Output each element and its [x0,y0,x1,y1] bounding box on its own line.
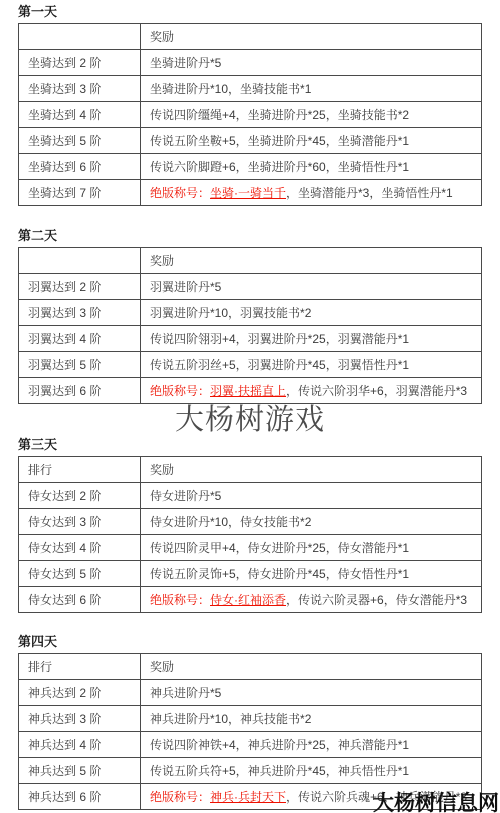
rank-cell: 坐骑达到 5 阶 [19,128,141,154]
reward-cell: 传说四阶翎羽+4，羽翼进阶丹*25，羽翼潜能丹*1 [141,326,482,352]
reward-cell: 坐骑进阶丹*10，坐骑技能书*1 [141,76,482,102]
table-row: 神兵达到 2 阶 神兵进阶丹*5 [19,680,482,706]
reward-cell: 传说四阶灵甲+4，侍女进阶丹*25，侍女潜能丹*1 [141,535,482,561]
reward-rest-text: ，传说六阶灵器+6，侍女潜能丹*3 [286,593,467,607]
rank-header-cell [19,248,141,274]
reward-cell: 传说四阶神铁+4，神兵进阶丹*25，神兵潜能丹*1 [141,732,482,758]
day1-rewards-table: 奖励 坐骑达到 2 阶 坐骑进阶丹*5 坐骑达到 3 阶 坐骑进阶丹*10，坐骑… [18,23,482,206]
rank-cell: 羽翼达到 6 阶 [19,378,141,404]
table-row: 羽翼达到 3 阶 羽翼进阶丹*10，羽翼技能书*2 [19,300,482,326]
table-header-row: 排行 奖励 [19,654,482,680]
table-row: 羽翼达到 2 阶 羽翼进阶丹*5 [19,274,482,300]
table-row: 坐骑达到 7 阶 绝版称号：坐骑·一骑当千，坐骑潜能丹*3，坐骑悟性丹*1 [19,180,482,206]
reward-header-cell: 奖励 [141,24,482,50]
bottom-right-watermark: 大杨树信息网 [373,787,499,813]
rank-cell: 侍女达到 3 阶 [19,509,141,535]
table-row: 羽翼达到 5 阶 传说五阶羽丝+5，羽翼进阶丹*45，羽翼悟性丹*1 [19,352,482,378]
rank-cell: 坐骑达到 6 阶 [19,154,141,180]
reward-cell: 坐骑进阶丹*5 [141,50,482,76]
section-day3: 第三天 排行 奖励 侍女达到 2 阶 侍女进阶丹*5 侍女达到 3 阶 侍女进阶… [18,437,482,613]
rank-cell: 羽翼达到 5 阶 [19,352,141,378]
table-row: 坐骑达到 5 阶 传说五阶坐鞍+5，坐骑进阶丹*45，坐骑潜能丹*1 [19,128,482,154]
rank-cell: 神兵达到 3 阶 [19,706,141,732]
day2-title: 第二天 [18,228,482,244]
rank-header-cell: 排行 [19,654,141,680]
reward-cell: 神兵进阶丹*5 [141,680,482,706]
table-row: 坐骑达到 3 阶 坐骑进阶丹*10，坐骑技能书*1 [19,76,482,102]
table-header-row: 奖励 [19,248,482,274]
table-row: 坐骑达到 2 阶 坐骑进阶丹*5 [19,50,482,76]
rank-cell: 羽翼达到 3 阶 [19,300,141,326]
reward-cell: 传说五阶羽丝+5，羽翼进阶丹*45，羽翼悟性丹*1 [141,352,482,378]
day1-title: 第一天 [18,4,482,20]
reward-cell: 传说五阶坐鞍+5，坐骑进阶丹*45，坐骑潜能丹*1 [141,128,482,154]
rank-cell: 神兵达到 2 阶 [19,680,141,706]
table-header-row: 奖励 [19,24,482,50]
day3-title: 第三天 [18,437,482,453]
exclusive-title-name: 侍女·红袖添香 [210,593,286,607]
table-row: 侍女达到 5 阶 传说五阶灵饰+5，侍女进阶丹*45，侍女悟性丹*1 [19,561,482,587]
reward-cell: 绝版称号：侍女·红袖添香，传说六阶灵器+6，侍女潜能丹*3 [141,587,482,613]
rank-cell: 坐骑达到 7 阶 [19,180,141,206]
table-row: 侍女达到 6 阶 绝版称号：侍女·红袖添香，传说六阶灵器+6，侍女潜能丹*3 [19,587,482,613]
reward-header-cell: 奖励 [141,248,482,274]
exclusive-title-name: 坐骑·一骑当千 [210,186,286,200]
rank-cell: 坐骑达到 2 阶 [19,50,141,76]
rank-cell: 侍女达到 4 阶 [19,535,141,561]
reward-cell: 侍女进阶丹*10，侍女技能书*2 [141,509,482,535]
rank-cell: 神兵达到 6 阶 [19,784,141,810]
reward-cell: 传说六阶脚蹬+6，坐骑进阶丹*60，坐骑悟性丹*1 [141,154,482,180]
rank-cell: 神兵达到 4 阶 [19,732,141,758]
table-row: 侍女达到 3 阶 侍女进阶丹*10，侍女技能书*2 [19,509,482,535]
day3-rewards-table: 排行 奖励 侍女达到 2 阶 侍女进阶丹*5 侍女达到 3 阶 侍女进阶丹*10… [18,456,482,613]
exclusive-title-name: 神兵·兵封天下 [210,790,286,804]
table-row: 坐骑达到 6 阶 传说六阶脚蹬+6，坐骑进阶丹*60，坐骑悟性丹*1 [19,154,482,180]
reward-rest-text: ，坐骑潜能丹*3，坐骑悟性丹*1 [286,186,453,200]
exclusive-title-label: 绝版称号： [150,186,210,200]
table-row: 坐骑达到 4 阶 传说四阶缰绳+4，坐骑进阶丹*25，坐骑技能书*2 [19,102,482,128]
day2-rewards-table: 奖励 羽翼达到 2 阶 羽翼进阶丹*5 羽翼达到 3 阶 羽翼进阶丹*10，羽翼… [18,247,482,404]
center-watermark: 大杨树游戏 [175,397,325,438]
section-day2: 第二天 奖励 羽翼达到 2 阶 羽翼进阶丹*5 羽翼达到 3 阶 羽翼进阶丹*1… [18,228,482,404]
table-row: 侍女达到 2 阶 侍女进阶丹*5 [19,483,482,509]
rank-cell: 侍女达到 6 阶 [19,587,141,613]
exclusive-title-label: 绝版称号： [150,593,210,607]
page: { "colors": { "background": "#ffffff", "… [0,0,500,813]
table-row: 羽翼达到 4 阶 传说四阶翎羽+4，羽翼进阶丹*25，羽翼潜能丹*1 [19,326,482,352]
reward-cell: 侍女进阶丹*5 [141,483,482,509]
rank-cell: 侍女达到 5 阶 [19,561,141,587]
exclusive-title-name: 羽翼·扶摇直上 [210,384,286,398]
table-row: 神兵达到 5 阶 传说五阶兵符+5，神兵进阶丹*45，神兵悟性丹*1 [19,758,482,784]
table-header-row: 排行 奖励 [19,457,482,483]
rank-cell: 坐骑达到 3 阶 [19,76,141,102]
reward-cell: 神兵进阶丹*10，神兵技能书*2 [141,706,482,732]
table-row: 侍女达到 4 阶 传说四阶灵甲+4，侍女进阶丹*25，侍女潜能丹*1 [19,535,482,561]
section-day4: 第四天 排行 奖励 神兵达到 2 阶 神兵进阶丹*5 神兵达到 3 阶 神兵进阶… [18,634,482,810]
reward-header-cell: 奖励 [141,654,482,680]
reward-rest-text: ，传说六阶羽华+6，羽翼潜能丹*3 [286,384,467,398]
reward-cell: 传说五阶灵饰+5，侍女进阶丹*45，侍女悟性丹*1 [141,561,482,587]
reward-cell: 羽翼进阶丹*5 [141,274,482,300]
reward-cell: 绝版称号：坐骑·一骑当千，坐骑潜能丹*3，坐骑悟性丹*1 [141,180,482,206]
exclusive-title-label: 绝版称号： [150,790,210,804]
reward-cell: 传说四阶缰绳+4，坐骑进阶丹*25，坐骑技能书*2 [141,102,482,128]
section-day1: 第一天 奖励 坐骑达到 2 阶 坐骑进阶丹*5 坐骑达到 3 阶 坐骑进阶丹*1… [18,4,482,206]
reward-header-cell: 奖励 [141,457,482,483]
reward-cell: 羽翼进阶丹*10，羽翼技能书*2 [141,300,482,326]
day4-title: 第四天 [18,634,482,650]
rank-cell: 侍女达到 2 阶 [19,483,141,509]
reward-cell: 传说五阶兵符+5，神兵进阶丹*45，神兵悟性丹*1 [141,758,482,784]
rank-header-cell [19,24,141,50]
table-row: 神兵达到 4 阶 传说四阶神铁+4，神兵进阶丹*25，神兵潜能丹*1 [19,732,482,758]
rank-cell: 神兵达到 5 阶 [19,758,141,784]
rank-cell: 坐骑达到 4 阶 [19,102,141,128]
rank-cell: 羽翼达到 4 阶 [19,326,141,352]
exclusive-title-label: 绝版称号： [150,384,210,398]
rank-header-cell: 排行 [19,457,141,483]
table-row: 神兵达到 3 阶 神兵进阶丹*10，神兵技能书*2 [19,706,482,732]
rank-cell: 羽翼达到 2 阶 [19,274,141,300]
